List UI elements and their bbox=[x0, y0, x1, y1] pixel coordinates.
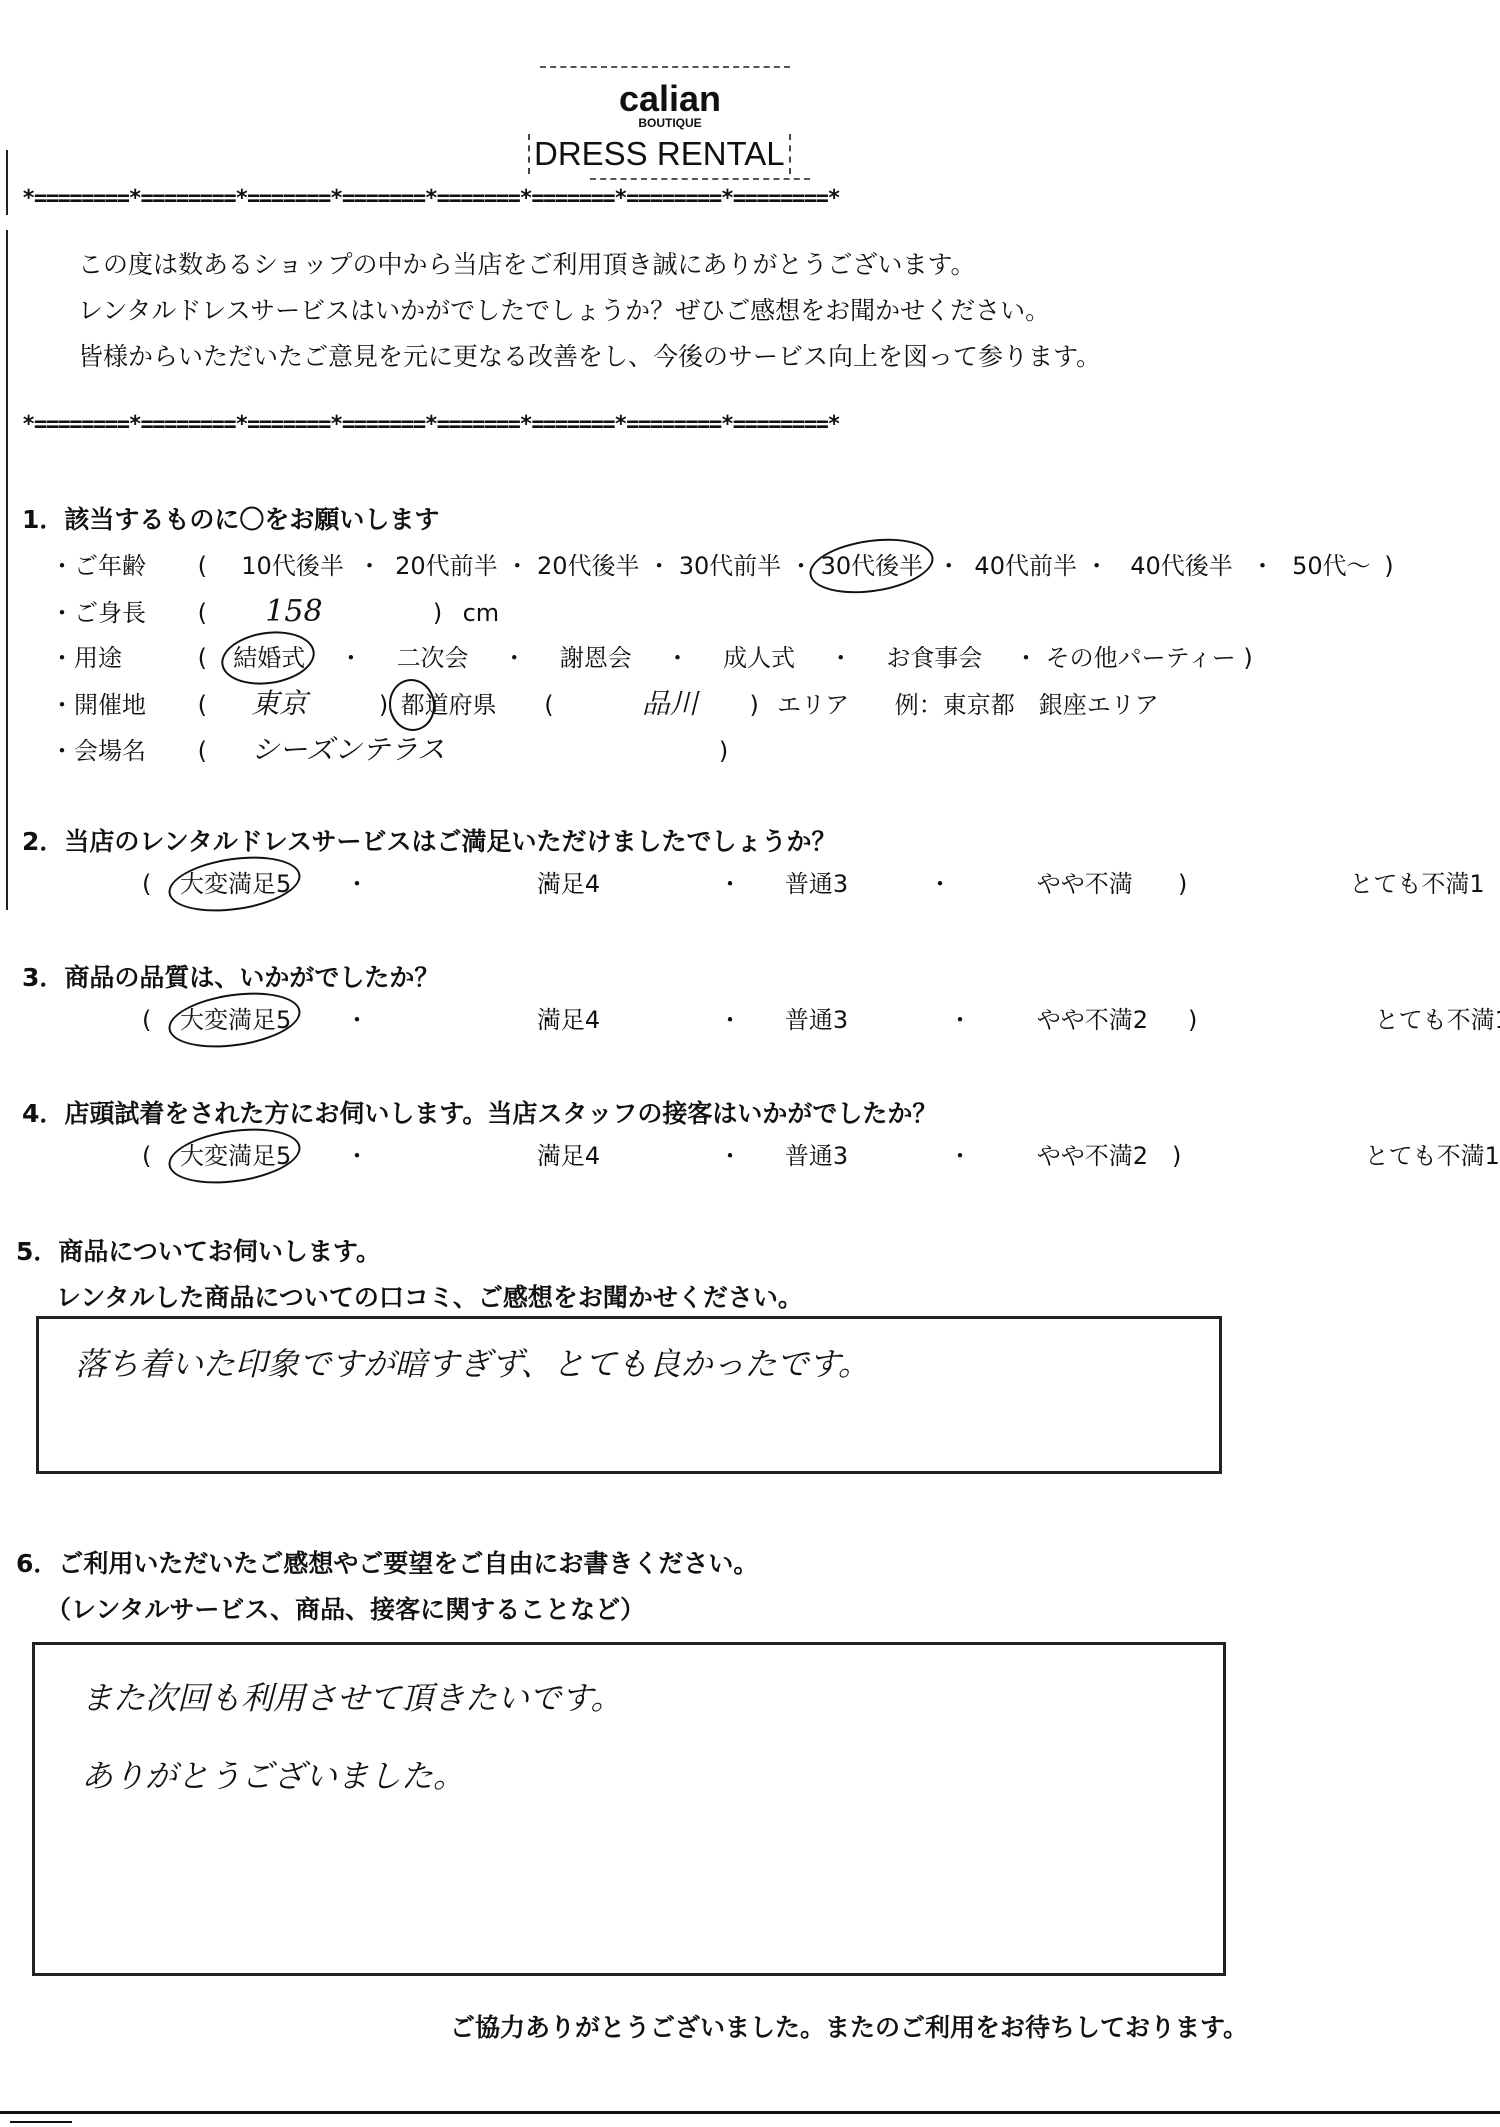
age-option[interactable]: 50代～ bbox=[1292, 546, 1371, 586]
close-paren: ) bbox=[719, 731, 728, 771]
height-unit: cm bbox=[463, 593, 500, 633]
prefecture-suffix: 道府県 bbox=[425, 685, 497, 725]
separator: ・ bbox=[948, 1136, 972, 1176]
separator: ・ bbox=[718, 864, 742, 904]
venue-location-row: ・開催地 ( 東京 ) 都道府県 ( 品川 ) エリア 例：東京都 銀座エリア bbox=[50, 684, 1159, 724]
q1-title: 1．該当するものに〇をお願いします bbox=[22, 500, 439, 536]
q5-answer-box[interactable]: 落ち着いた印象ですが暗すぎず、とても良かったです。 bbox=[36, 1316, 1222, 1474]
q2-option-selected[interactable]: 大変満足5 bbox=[180, 864, 291, 904]
height-row: ・ご身長 ( 158 ) cm bbox=[50, 592, 499, 632]
intro-line: レンタルドレスサービスはいかがでしたでしょうか？ぜひご感想をお聞かせください。 bbox=[78, 288, 1101, 334]
q2-scale: ( 大変満足5 ・ 満足4 ・ 普通3 ・ やや不満 ・ とても不満1 ) bbox=[0, 864, 1300, 904]
separator: ・ bbox=[1085, 546, 1109, 586]
separator: ・ bbox=[829, 638, 853, 678]
separator: ・ bbox=[665, 638, 689, 678]
separator: ・ bbox=[502, 638, 526, 678]
height-label: ・ご身長 bbox=[50, 593, 190, 633]
age-option[interactable]: 40代前半 bbox=[974, 546, 1077, 586]
q5-answer-text: 落ち着いた印象ですが暗すぎず、とても良かったです。 bbox=[75, 1339, 870, 1385]
age-option[interactable]: 20代後半 bbox=[537, 546, 640, 586]
separator: ・ bbox=[505, 546, 529, 586]
footer-rule bbox=[0, 2111, 1500, 2114]
age-option[interactable]: 40代後半 bbox=[1130, 546, 1233, 586]
area-close-paren: ) bbox=[749, 685, 769, 725]
age-label: ・ご年齢 bbox=[50, 546, 190, 586]
star-divider-bottom: *========*========*=======*=======*=====… bbox=[22, 412, 1322, 437]
left-margin-line bbox=[6, 230, 8, 910]
separator: ・ bbox=[718, 1136, 742, 1176]
separator: ・ bbox=[948, 1000, 972, 1040]
purpose-option[interactable]: 二次会 bbox=[397, 638, 469, 678]
open-paren: ( bbox=[198, 546, 228, 586]
open-paren: ( bbox=[198, 593, 258, 633]
q6-title: 6．ご利用いただいたご感想やご要望をご自由にお書きください。 bbox=[16, 1544, 758, 1580]
separator: ・ bbox=[789, 546, 813, 586]
q5-title: 5．商品についてお伺いします。 bbox=[16, 1232, 381, 1268]
area-value[interactable]: 品川 bbox=[642, 684, 742, 724]
separator: ・ bbox=[345, 1000, 369, 1040]
separator: ・ bbox=[1250, 546, 1274, 586]
purpose-row: ・用途 ( 結婚式 ・ 二次会 ・ 謝恩会 ・ 成人式 ・ お食事会 ・ その他… bbox=[50, 638, 1253, 678]
star-divider-top: *========*========*=======*=======*=====… bbox=[22, 186, 1322, 211]
close-paren: ) bbox=[1384, 546, 1393, 586]
age-option[interactable]: 20代前半 bbox=[395, 546, 498, 586]
separator: ・ bbox=[535, 1000, 559, 1040]
q3-option[interactable]: やや不満2 bbox=[1037, 1000, 1148, 1040]
q2-option[interactable]: やや不満 bbox=[1037, 864, 1133, 904]
prefecture-value[interactable]: 東京 bbox=[251, 684, 371, 724]
q4-option[interactable]: 普通3 bbox=[785, 1136, 848, 1176]
open-paren: ( bbox=[198, 731, 244, 771]
intro-text: この度は数あるショップの中から当店をご利用頂き誠にありがとうございます。 レンタ… bbox=[78, 242, 1101, 380]
venue-name-row: ・会場名 ( シーズンテラス ) bbox=[50, 730, 728, 770]
separator: ・ bbox=[647, 546, 671, 586]
q2-option[interactable]: とても不満1 bbox=[1349, 864, 1484, 904]
separator: ・ bbox=[345, 1136, 369, 1176]
q2-title: 2．当店のレンタルドレスサービスはご満足いただけましたでしょうか？ bbox=[22, 822, 837, 858]
q3-option[interactable]: 普通3 bbox=[785, 1000, 848, 1040]
q6-answer-line: ありがとうございました。 bbox=[81, 1751, 465, 1797]
purpose-option[interactable]: お食事会 bbox=[886, 638, 982, 678]
venue-name-label: ・会場名 bbox=[50, 731, 190, 771]
purpose-option[interactable]: 成人式 bbox=[723, 638, 795, 678]
separator: ・ bbox=[937, 546, 961, 586]
separator: ・ bbox=[357, 546, 381, 586]
q4-title: 4．店頭試着をされた方にお伺いします。当店スタッフの接客はいかがでしたか？ bbox=[22, 1094, 937, 1130]
separator: ・ bbox=[535, 864, 559, 904]
close-paren: ) bbox=[1188, 1000, 1197, 1040]
separator: ・ bbox=[339, 638, 363, 678]
left-margin-line bbox=[6, 150, 8, 215]
age-option-selected[interactable]: 30代後半 bbox=[821, 546, 924, 586]
close-paren: ) bbox=[1243, 638, 1252, 678]
q5-subtitle: レンタルした商品についての口コミ、ご感想をお聞かせください。 bbox=[56, 1278, 803, 1314]
area-open-paren: ( bbox=[544, 685, 634, 725]
close-paren: ) bbox=[1178, 864, 1187, 904]
q3-title: 3．商品の品質は、いかがでしたか？ bbox=[22, 958, 439, 994]
intro-line: 皆様からいただいたご意見を元に更なる改善をし、今後のサービス向上を図って参ります… bbox=[78, 334, 1101, 380]
venue-location-label: ・開催地 bbox=[50, 685, 190, 725]
q6-subtitle: （レンタルサービス、商品、接客に関することなど） bbox=[46, 1590, 645, 1626]
q3-option-selected[interactable]: 大変満足5 bbox=[180, 1000, 291, 1040]
prefecture-suffix-selected[interactable]: 都 bbox=[401, 685, 425, 725]
separator: ・ bbox=[1014, 638, 1038, 678]
purpose-label: ・用途 bbox=[50, 638, 190, 678]
footer-rule-short bbox=[10, 2121, 72, 2123]
open-paren: ( bbox=[142, 1136, 151, 1176]
open-paren: ( bbox=[142, 1000, 151, 1040]
open-paren: ( bbox=[142, 864, 151, 904]
q6-answer-box[interactable]: また次回も利用させて頂きたいです。 ありがとうございました。 bbox=[32, 1642, 1226, 1976]
brand-subtitle: BOUTIQUE bbox=[0, 116, 1340, 130]
footer-thanks: ご協力ありがとうございました。またのご利用をお待ちしております。 bbox=[450, 2008, 1248, 2044]
venue-name-value[interactable]: シーズンテラス bbox=[251, 730, 711, 770]
age-option[interactable]: 10代後半 bbox=[241, 546, 344, 586]
separator: ・ bbox=[535, 1136, 559, 1176]
separator: ・ bbox=[928, 864, 952, 904]
q2-option[interactable]: 普通3 bbox=[785, 864, 848, 904]
q4-option-selected[interactable]: 大変満足5 bbox=[180, 1136, 291, 1176]
purpose-option-selected[interactable]: 結婚式 bbox=[233, 638, 305, 678]
intro-line: この度は数あるショップの中から当店をご利用頂き誠にありがとうございます。 bbox=[78, 242, 1101, 288]
q6-answer-line: また次回も利用させて頂きたいです。 bbox=[81, 1673, 622, 1719]
close-paren: ) bbox=[433, 593, 455, 633]
purpose-option[interactable]: その他パーティー bbox=[1046, 638, 1236, 678]
q3-option[interactable]: とても不満1 bbox=[1375, 1000, 1500, 1040]
separator: ・ bbox=[718, 1000, 742, 1040]
age-option[interactable]: 30代前半 bbox=[679, 546, 782, 586]
close-paren: ) bbox=[1172, 1136, 1181, 1176]
area-suffix: エリア bbox=[777, 685, 887, 725]
open-paren: ( bbox=[198, 685, 244, 725]
height-value[interactable]: 158 bbox=[265, 592, 425, 632]
document-title: DRESS RENTAL bbox=[528, 134, 791, 174]
example-text: 例：東京都 銀座エリア bbox=[895, 685, 1159, 725]
separator: ・ bbox=[345, 864, 369, 904]
brand-name: calian bbox=[0, 78, 1340, 120]
q4-scale: ( 大変満足5 ・ 満足4 ・ 普通3 ・ やや不満2 ・ とても不満1 ) bbox=[0, 1136, 1300, 1176]
logo-top-rule bbox=[540, 66, 790, 68]
q3-scale: ( 大変満足5 ・ 満足4 ・ 普通3 ・ やや不満2 ・ とても不満1 ) bbox=[0, 1000, 1300, 1040]
age-row: ・ご年齢 ( 10代後半 ・ 20代前半 ・ 20代後半 ・ 30代前半 ・ 3… bbox=[50, 546, 1394, 586]
logo-bottom-rule bbox=[590, 178, 810, 180]
q4-option[interactable]: やや不満2 bbox=[1037, 1136, 1148, 1176]
q4-option[interactable]: とても不満1 bbox=[1365, 1136, 1500, 1176]
purpose-option[interactable]: 謝恩会 bbox=[560, 638, 632, 678]
